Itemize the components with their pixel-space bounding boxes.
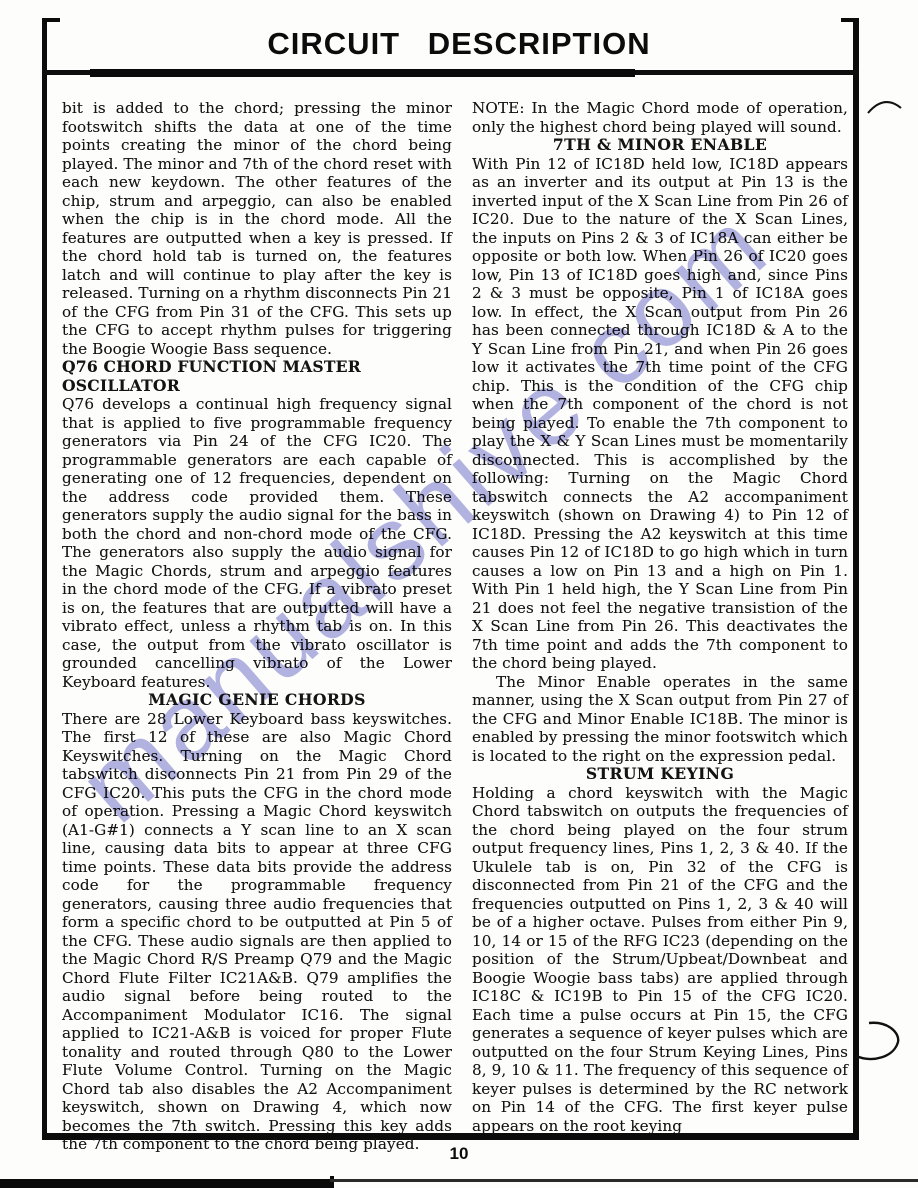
q76-heading: Q76 CHORD FUNCTION MASTER OSCILLATOR bbox=[62, 358, 452, 395]
pen-mark-arc-bottom bbox=[856, 1023, 898, 1059]
left-border-rule bbox=[42, 18, 47, 1140]
page-number: 10 bbox=[0, 1144, 918, 1164]
magic-genie-paragraph: There are 28 Lower Keyboard bass keyswit… bbox=[62, 710, 452, 1154]
right-border-rule bbox=[853, 18, 859, 1140]
minor-enable-paragraph: The Minor Enable operates in the same ma… bbox=[472, 673, 848, 766]
strum-keying-heading: STRUM KEYING bbox=[472, 765, 848, 784]
pen-mark-arc-top bbox=[868, 102, 901, 113]
note-paragraph: NOTE: In the Magic Chord mode of operati… bbox=[472, 99, 848, 136]
seventh-minor-enable-heading: 7TH & MINOR ENABLE bbox=[472, 136, 848, 155]
bottom-scan-edge-notch bbox=[330, 1176, 334, 1188]
magic-genie-chords-heading: MAGIC GENIE CHORDS bbox=[62, 691, 452, 710]
intro-paragraph: bit is added to the chord; pressing the … bbox=[62, 99, 452, 358]
top-right-corner-mark bbox=[841, 18, 859, 22]
left-column: bit is added to the chord; pressing the … bbox=[62, 99, 452, 1154]
page-title: CIRCUIT DESCRIPTION bbox=[0, 26, 918, 62]
top-left-corner-mark bbox=[42, 18, 60, 22]
seventh-minor-paragraph: With Pin 12 of IC18D held low, IC18D app… bbox=[472, 155, 848, 673]
manual-page: CIRCUIT DESCRIPTION manualshive com bit … bbox=[0, 0, 918, 1188]
title-underline-rule-thick bbox=[90, 69, 635, 77]
right-column: NOTE: In the Magic Chord mode of operati… bbox=[472, 99, 848, 1135]
strum-keying-paragraph: Holding a chord keyswitch with the Magic… bbox=[472, 784, 848, 1136]
bottom-scan-edge-line bbox=[330, 1179, 918, 1182]
q76-paragraph: Q76 develops a continual high frequency … bbox=[62, 395, 452, 691]
bottom-scan-edge-bar bbox=[0, 1179, 334, 1188]
